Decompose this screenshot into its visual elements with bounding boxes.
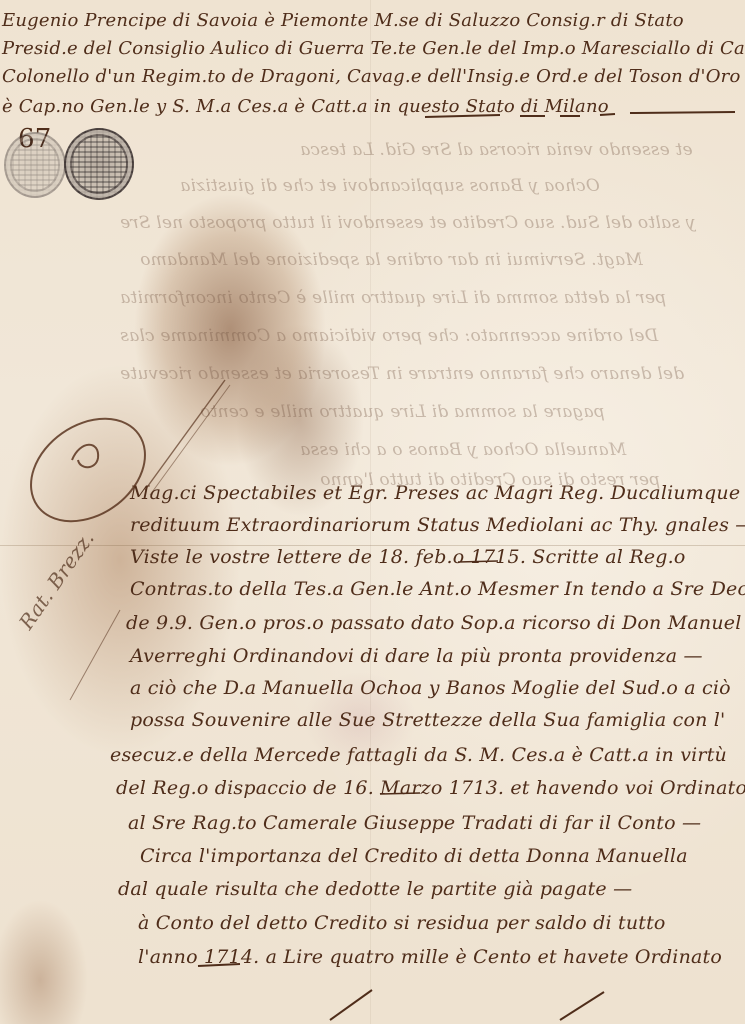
pen-flourishes — [0, 0, 745, 1024]
oval-flourish-icon — [11, 398, 164, 543]
manuscript-page: et essendo venia ricorsa al Sre Gid. La … — [0, 0, 745, 1024]
line-filler-dashes — [425, 112, 735, 117]
